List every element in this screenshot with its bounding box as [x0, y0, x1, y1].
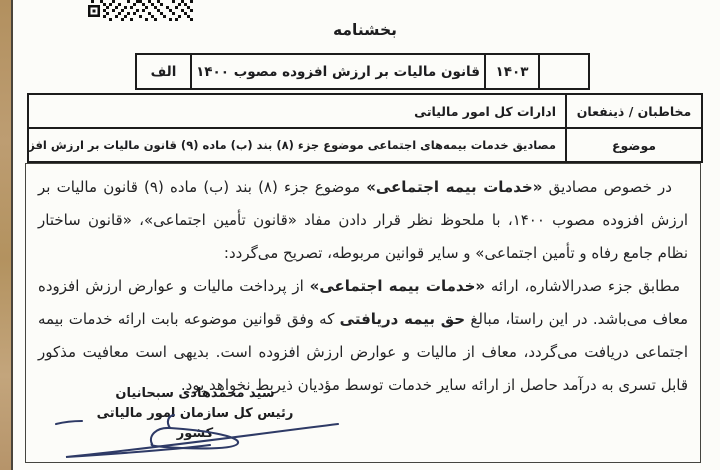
qr-code [88, 0, 193, 21]
body-paragraph-1: در خصوص مصادیق «خدمات بیمه اجتماعی» موضو… [38, 171, 688, 270]
circular-title: بخشنامه [27, 21, 703, 39]
info-table: مخاطبان / ذینفعان ادارات کل امور مالیاتی… [27, 93, 703, 163]
classification-year-cell: ۱۴۰۳ [484, 55, 538, 88]
audience-label: مخاطبان / ذینفعان [565, 95, 701, 127]
classification-row: ۱۴۰۳ قانون مالیات بر ارزش افزوده مصوب ۱۴… [135, 53, 590, 90]
audience-row: مخاطبان / ذینفعان ادارات کل امور مالیاتی [29, 95, 701, 129]
subject-value: مصادیق خدمات بیمه‌های اجتماعی موضوع جزء … [29, 129, 565, 161]
subject-row: موضوع مصادیق خدمات بیمه‌های اجتماعی موضو… [29, 129, 701, 161]
subject-label: موضوع [565, 129, 701, 161]
classification-empty-cell [538, 55, 588, 88]
signature-scribble [52, 410, 352, 468]
scanned-circular-page: بخشنامه ۱۴۰۳ قانون مالیات بر ارزش افزوده… [0, 0, 720, 470]
audience-value: ادارات کل امور مالیاتی [29, 95, 565, 127]
body-paragraph-2: مطابق جزء صدرالاشاره، ارائه «خدمات بیمه … [38, 270, 688, 402]
classification-law-cell: قانون مالیات بر ارزش افزوده مصوب ۱۴۰۰ [190, 55, 484, 88]
classification-letter-cell: الف [137, 55, 190, 88]
scan-edge-strip [0, 0, 13, 470]
signature-name: سید محمدهادی سبحانیان [85, 384, 305, 404]
